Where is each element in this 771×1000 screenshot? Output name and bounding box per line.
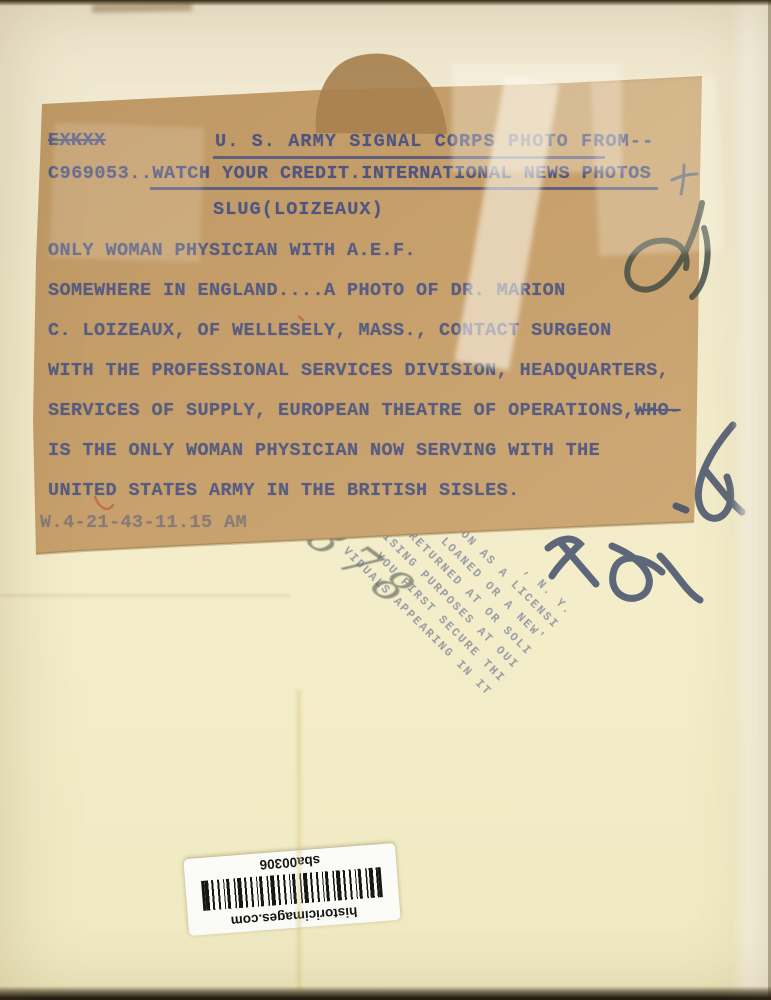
photo-back-scan: BUT A , N. Y. ON AS A LICENSI E LOANED O… — [0, 0, 771, 1000]
horizontal-crease — [0, 594, 290, 597]
header-underline-2 — [150, 187, 658, 190]
caption-body-line: UNITED STATES ARMY IN THE BRITISH SISLES… — [48, 480, 520, 501]
glue-stain — [316, 54, 447, 134]
caption-body-line: C. LOIZEAUX, OF WELLESELY, MASS., CONTAC… — [48, 320, 612, 341]
caption-dateline: W.4-21-43-11.15 AM — [40, 512, 247, 533]
caption-body-line: IS THE ONLY WOMAN PHYSICIAN NOW SERVING … — [48, 440, 600, 461]
tape-piece — [452, 62, 622, 172]
caption-body-line: SERVICES OF SUPPLY, EUROPEAN THEATRE OF … — [48, 400, 681, 421]
caption-body-line5-struck-word: WHO- — [635, 400, 681, 421]
top-edge-shadow — [0, 0, 771, 6]
caption-body-line5-prefix: SERVICES OF SUPPLY, EUROPEAN THEATRE OF … — [48, 400, 635, 421]
caption-slug: SLUG(LOIZEAUX) — [213, 199, 384, 220]
right-edge-highlight — [731, 0, 771, 1000]
vertical-crease — [297, 690, 301, 990]
bottom-edge-shadow — [0, 986, 771, 1000]
barcode-sticker: historicimages.com sba00306 — [183, 843, 400, 936]
caption-body-line: WITH THE PROFESSIONAL SERVICES DIVISION,… — [48, 360, 669, 381]
tape-piece — [50, 122, 205, 262]
